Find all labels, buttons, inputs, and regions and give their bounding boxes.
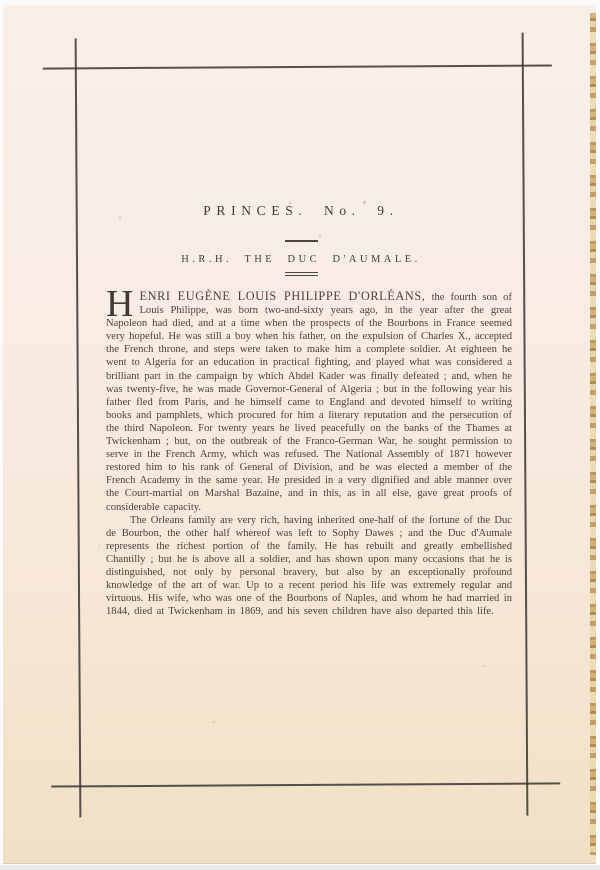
page-title: PRINCES. No. 9.: [106, 203, 496, 219]
single-divider-rule: [285, 240, 318, 242]
letterpress-content: PRINCES. No. 9. H.R.H. THE DUC D'AUMALE.…: [106, 0, 512, 618]
scanner-background-strip: [0, 865, 600, 870]
frame-rule-bottom: [51, 782, 560, 787]
dropcap-initial: H: [106, 290, 139, 317]
frame-rule-right: [522, 33, 528, 816]
paragraph-2: The Orleans family are very rich, having…: [106, 514, 512, 619]
double-divider-rule: [285, 272, 318, 276]
paragraph-1: HENRI EUGÈNE LOUIS PHILIPPE D'ORLÉANS, t…: [106, 290, 512, 514]
paragraph-1-text: the fourth son of Louis Philippe, was bo…: [106, 292, 512, 513]
scanned-page: PRINCES. No. 9. H.R.H. THE DUC D'AUMALE.…: [0, 0, 600, 870]
lead-caps-phrase: ENRI EUGÈNE LOUIS PHILIPPE D'ORLÉANS,: [139, 289, 425, 303]
page-subtitle: H.R.H. THE DUC D'AUMALE.: [106, 254, 496, 265]
frame-rule-left: [75, 38, 81, 817]
article-body: HENRI EUGÈNE LOUIS PHILIPPE D'ORLÉANS, t…: [106, 290, 512, 618]
